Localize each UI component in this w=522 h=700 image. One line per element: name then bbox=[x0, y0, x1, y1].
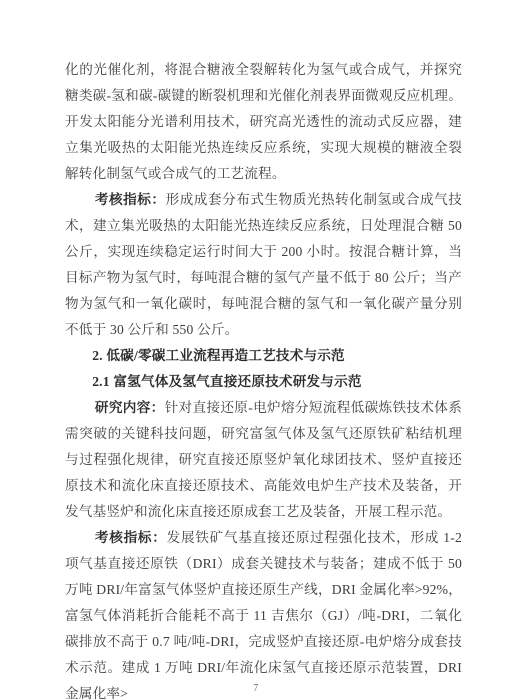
paragraph-text: 形成成套分布式生物质光热转化制氢或合成气技术，建立集光吸热的太阳能光热连续反应系… bbox=[65, 192, 462, 337]
paragraph-assessment-indicators-1: 考核指标：形成成套分布式生物质光热转化制氢或合成气技术，建立集光吸热的太阳能光热… bbox=[65, 187, 462, 343]
paragraph-text: 发展铁矿气基直接还原过程强化技术，形成 1-2 项气基直接还原铁（DRI）成套关… bbox=[65, 530, 462, 700]
paragraph-label: 考核指标： bbox=[95, 530, 167, 545]
page-number: 7 bbox=[0, 683, 512, 694]
section-heading-text: 2. 低碳/零碳工业流程再造工艺技术与示范 bbox=[92, 348, 345, 363]
paragraph-label: 研究内容： bbox=[95, 400, 165, 415]
document-page: 化的光催化剂，将混合糖液全裂解转化为氢气或合成气，并探究糖类碳-氢和碳-碳键的断… bbox=[0, 0, 522, 700]
section-heading: 2. 低碳/零碳工业流程再造工艺技术与示范 bbox=[65, 343, 462, 369]
paragraph-text: 针对直接还原-电炉熔分短流程低碳炼铁技术体系需突破的关键科技问题，研究富氢气体及… bbox=[65, 400, 462, 519]
subsection-heading-text: 2.1 富氢气体及氢气直接还原技术研发与示范 bbox=[92, 374, 361, 389]
subsection-heading: 2.1 富氢气体及氢气直接还原技术研发与示范 bbox=[65, 369, 462, 395]
document-body: 化的光催化剂，将混合糖液全裂解转化为氢气或合成气，并探究糖类碳-氢和碳-碳键的断… bbox=[65, 57, 462, 700]
paragraph-research-content: 研究内容：针对直接还原-电炉熔分短流程低碳炼铁技术体系需突破的关键科技问题，研究… bbox=[65, 395, 462, 525]
paragraph-text: 化的光催化剂，将混合糖液全裂解转化为氢气或合成气，并探究糖类碳-氢和碳-碳键的断… bbox=[65, 62, 462, 181]
paragraph-continuation: 化的光催化剂，将混合糖液全裂解转化为氢气或合成气，并探究糖类碳-氢和碳-碳键的断… bbox=[65, 57, 462, 187]
paragraph-label: 考核指标： bbox=[95, 192, 166, 207]
paragraph-assessment-indicators-2: 考核指标：发展铁矿气基直接还原过程强化技术，形成 1-2 项气基直接还原铁（DR… bbox=[65, 525, 462, 700]
